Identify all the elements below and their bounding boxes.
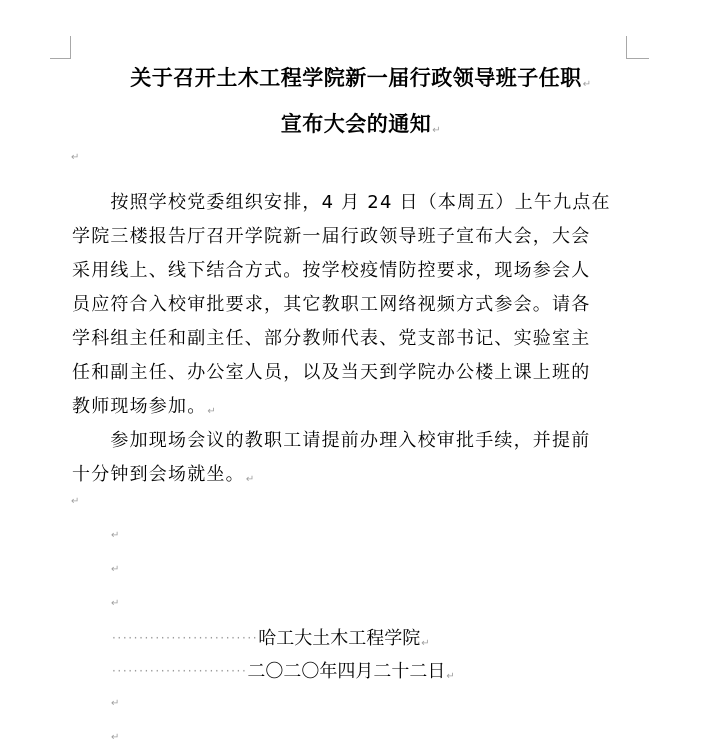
text-line-end: 教师现场参加。 (72, 396, 206, 417)
text-line: 任和副主任、办公室人员，以及当天到学院办公楼上课上班的 (72, 358, 632, 384)
paragraph-mark-icon: ↵ (246, 474, 256, 485)
paragraph-mark-icon: ↵ (111, 564, 119, 575)
signature-organization: 哈工大土木工程学院 (258, 628, 420, 649)
paragraph-mark-icon: ↵ (583, 79, 592, 90)
paragraph-mark-icon: ↵ (207, 406, 217, 417)
paragraph-mark-icon: ↵ (432, 125, 441, 136)
paragraph-mark-icon: ↵ (111, 698, 119, 709)
page-corner-mark-top-right (626, 36, 649, 59)
leader-dots: ··························· (112, 631, 258, 645)
text-line: 采用线上、线下结合方式。按学校疫情防控要求，现场参会人 (72, 256, 632, 282)
title-text-2: 宣布大会的通知 (281, 111, 432, 136)
text-line: 学院三楼报告厅召开学院新一届行政领导班子宣布大会，大会 (72, 222, 632, 248)
signature-date-line: ·························二〇二〇年四月二十二日↵ (112, 657, 455, 683)
paragraph-mark-icon: ↵ (111, 530, 119, 541)
text-line: 学科组主任和副主任、部分教师代表、党支部书记、实验室主 (72, 324, 632, 350)
paragraph-mark-icon: ↵ (71, 496, 79, 507)
text-line: 十分钟到会场就坐。↵ (72, 460, 632, 486)
title-text-1: 关于召开土木工程学院新一届行政领导班子任职 (130, 65, 582, 90)
text-line: 教师现场参加。↵ (72, 392, 632, 418)
signature-organization-line: ···························哈工大土木工程学院↵ (112, 624, 430, 650)
paragraph-mark-icon: ↵ (111, 598, 119, 609)
paragraph-mark-icon: ↵ (421, 638, 429, 649)
paragraph-mark-icon: ↵ (111, 732, 119, 743)
leader-dots: ························· (112, 664, 247, 678)
text-line-end: 十分钟到会场就坐。 (72, 464, 245, 485)
text-line: 员应符合入校审批要求，其它教职工网络视频方式参会。请各 (72, 290, 632, 316)
signature-date: 二〇二〇年四月二十二日 (247, 661, 445, 682)
text-line: 按照学校党委组织安排，4 月 24 日（本周五）上午九点在 (72, 188, 632, 214)
page-corner-mark-top-left (50, 36, 71, 59)
text-line: 参加现场会议的教职工请提前办理入校审批手续，并提前 (72, 426, 632, 452)
document-title-line-2: 宣布大会的通知↵ (0, 108, 722, 138)
paragraph-mark-icon: ↵ (446, 671, 454, 682)
paragraph-mark-icon: ↵ (71, 152, 79, 163)
document-title-line-1: 关于召开土木工程学院新一届行政领导班子任职↵ (0, 62, 722, 92)
